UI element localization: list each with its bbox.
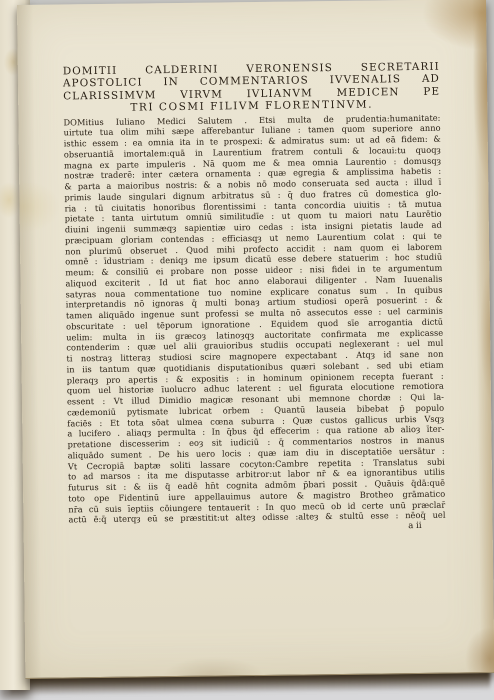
text-block: DOMITII CALDERINI VERONENSIS SECRETARIIA… — [63, 61, 446, 537]
dedication-heading: DOMITII CALDERINI VERONENSIS SECRETARIIA… — [63, 61, 441, 115]
dedication-body: DOMitius Iuliano Medici Salutem . Etsi m… — [63, 112, 445, 525]
book-photograph: DOMITII CALDERINI VERONENSIS SECRETARIIA… — [0, 0, 494, 700]
book-page: DOMITII CALDERINI VERONENSIS SECRETARIIA… — [17, 0, 494, 679]
